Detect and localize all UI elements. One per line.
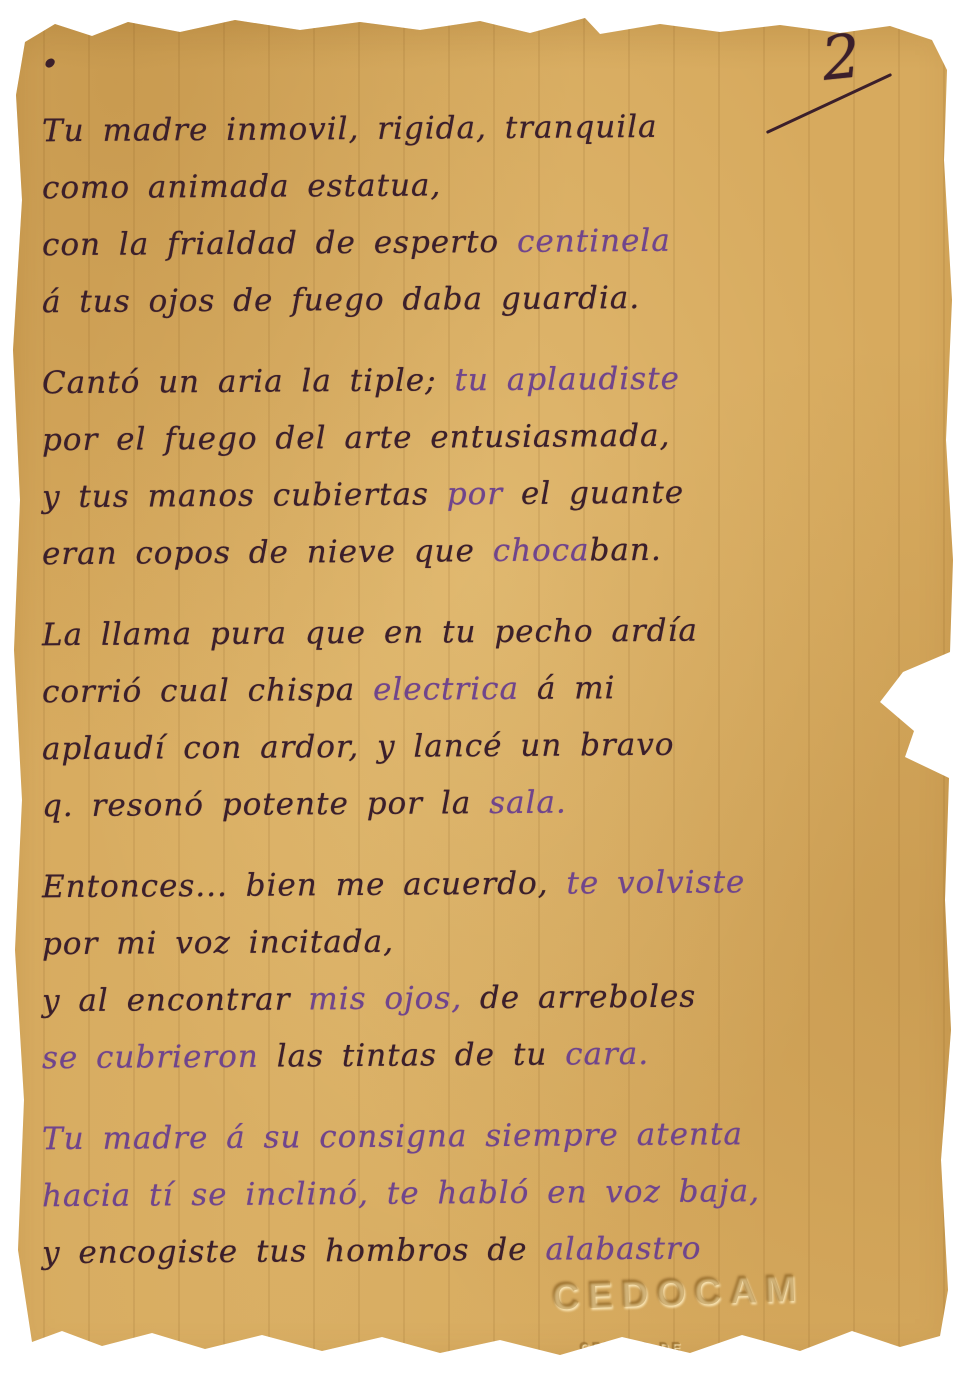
page-number: 2 xyxy=(819,26,863,90)
text-segment: y al encontrar xyxy=(42,981,309,1019)
text-segment: cara. xyxy=(565,1036,649,1073)
text-segment: alabastro xyxy=(545,1231,701,1268)
text-segment: q. resonó potente por la xyxy=(42,785,489,824)
text-segment: sala. xyxy=(489,785,567,822)
stanza: Tu madre inmovil, rigida, tranquilacomo … xyxy=(42,100,956,328)
manuscript-line: y tus manos cubiertas por el guante xyxy=(42,463,956,526)
manuscript-line: á tus ojos de fuego daba guardia. xyxy=(42,268,956,331)
text-segment: choca xyxy=(493,532,590,569)
ink-blot xyxy=(44,57,56,70)
embossed-stamp-cedocam: CEDOCAM xyxy=(551,1268,805,1320)
text-segment: por el fuego del arte entusiasmada, xyxy=(42,418,671,458)
text-segment: corrió cual chispa xyxy=(42,672,373,710)
text-segment: ban. xyxy=(589,532,661,569)
text-segment: mis ojos, xyxy=(308,980,462,1017)
text-segment: La llama pura que en tu pecho ardía xyxy=(42,613,698,654)
text-segment: y tus manos cubiertas xyxy=(42,476,447,515)
manuscript-line: eran copos de nieve que chocaban. xyxy=(42,520,956,583)
manuscript-line: se cubrieron las tintas de tu cara. xyxy=(42,1024,956,1087)
text-segment: hacia tí se inclinó, te habló en voz baj… xyxy=(42,1173,760,1214)
text-segment: tu aplaudiste xyxy=(454,361,680,399)
text-segment: Tu madre inmovil, rigida, tranquila xyxy=(42,109,658,149)
manuscript-text: Tu madre inmovil, rigida, tranquilacomo … xyxy=(42,100,956,1303)
manuscript-line: con la frialdad de esperto centinela xyxy=(42,211,956,274)
manuscript-line: Tu madre inmovil, rigida, tranquila xyxy=(42,97,956,160)
text-segment: las tintas de tu xyxy=(259,1037,566,1075)
stanza: La llama pura que en tu pecho ardíacorri… xyxy=(42,604,956,832)
text-segment: electrica xyxy=(373,671,519,708)
manuscript-line: aplaudí con ardor, y lancé un bravo xyxy=(42,715,956,778)
text-segment: eran copos de nieve que xyxy=(42,533,493,572)
text-segment: y encogiste tus hombros de xyxy=(42,1232,546,1272)
text-segment: el guante xyxy=(503,475,684,512)
stanza: Tu madre á su consigna siempre atentahac… xyxy=(42,1108,956,1279)
manuscript-line: q. resonó potente por la sala. xyxy=(42,772,956,835)
text-segment: á tus ojos de fuego daba guardia. xyxy=(42,280,640,320)
text-segment: como animada estatua, xyxy=(42,167,442,206)
text-segment: por mi voz incitada, xyxy=(42,924,394,962)
text-segment: Entonces... bien me acuerdo, xyxy=(42,866,567,906)
manuscript-line: y encogiste tus hombros de alabastro xyxy=(42,1219,956,1282)
text-segment: Cantó un aria la tiple; xyxy=(42,362,455,401)
text-segment: se cubrieron xyxy=(42,1039,259,1077)
text-segment: aplaudí con ardor, y lancé un bravo xyxy=(42,727,675,767)
text-segment: de arreboles xyxy=(462,979,696,1017)
manuscript-line: La llama pura que en tu pecho ardía xyxy=(42,601,956,664)
manuscript-page: 2 Tu madre inmovil, rigida, tranquilacom… xyxy=(0,0,970,1374)
text-segment: á mi xyxy=(519,670,616,707)
text-segment: Tu madre á su consigna siempre atenta xyxy=(42,1116,743,1157)
manuscript-line: Tu madre á su consigna siempre atenta xyxy=(42,1105,956,1168)
manuscript-line: Cantó un aria la tiple; tu aplaudiste xyxy=(42,349,956,412)
manuscript-line: por el fuego del arte entusiasmada, xyxy=(42,406,956,469)
stanza: Cantó un aria la tiple; tu aplaudistepor… xyxy=(42,352,956,580)
text-segment: por xyxy=(447,476,504,512)
text-segment: te volviste xyxy=(566,864,745,901)
manuscript-line: hacia tí se inclinó, te habló en voz baj… xyxy=(42,1162,956,1225)
text-segment: centinela xyxy=(517,223,671,260)
manuscript-line: y al encontrar mis ojos, de arreboles xyxy=(42,967,956,1030)
stanza: Entonces... bien me acuerdo, te volviste… xyxy=(42,856,956,1084)
embossed-stamp-subtext: CENTRO DE xyxy=(580,1340,684,1355)
manuscript-line: como animada estatua, xyxy=(42,154,956,217)
manuscript-line: corrió cual chispa electrica á mi xyxy=(42,658,956,721)
manuscript-line: por mi voz incitada, xyxy=(42,910,956,973)
text-segment: con la frialdad de esperto xyxy=(42,224,517,263)
manuscript-line: Entonces... bien me acuerdo, te volviste xyxy=(42,853,956,916)
